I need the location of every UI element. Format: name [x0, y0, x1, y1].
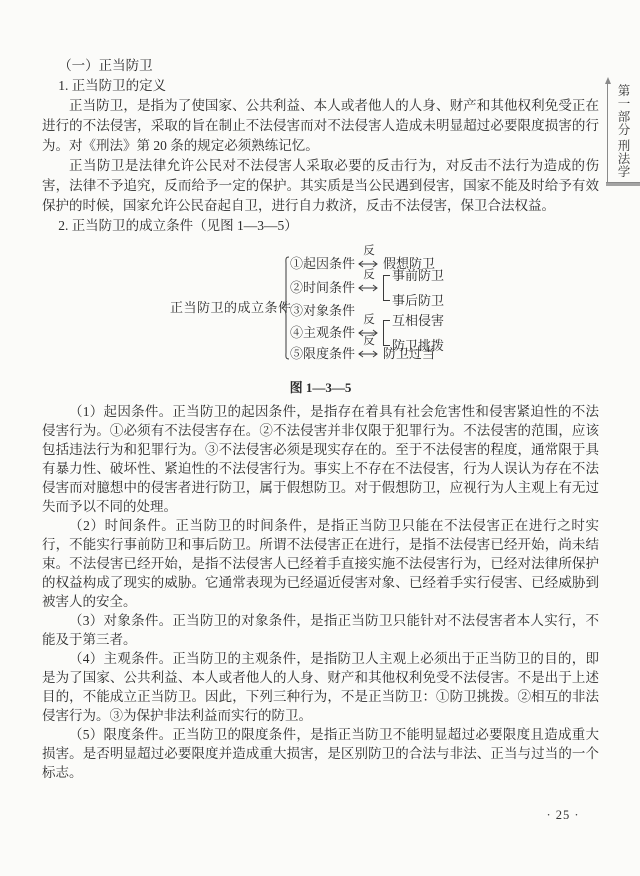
diagram-target-mutual-infringement: 互相侵害	[392, 314, 444, 328]
definition-paragraph-2: 正当防卫是法律允许公民对不法侵害人采取必要的反击行为，对反击不法行为造成的伤害，…	[42, 156, 599, 216]
bracket-icon	[383, 275, 390, 301]
brace-icon	[281, 256, 290, 360]
book-page: 第一部分 刑法学 （一）正当防卫 1. 正当防卫的定义 正当防卫，是指为了使国家…	[0, 0, 640, 876]
arrow-up-icon	[605, 77, 611, 84]
chapter-tab: 第一部分 刑法学	[606, 76, 640, 188]
main-text-column: （一）正当防卫 1. 正当防卫的定义 正当防卫，是指为了使国家、公共利益、本人或…	[42, 56, 599, 782]
definition-heading: 1. 正当防卫的定义	[42, 76, 599, 96]
diagram-item-object: ③对象条件	[290, 304, 355, 318]
bracket-icon	[383, 320, 390, 346]
diagram-item-time: ②时间条件	[290, 281, 355, 295]
diagram-root-label: 正当防卫的成立条件	[170, 301, 292, 315]
condition-paragraph-2: （2）时间条件。正当防卫的时间条件，是指正当防卫只能在不法侵害正在进行之时实行，…	[42, 516, 599, 611]
diagram-item-subjective: ④主观条件	[290, 326, 355, 340]
diagram-target-excessive-defense: 防卫过当	[383, 347, 435, 361]
diagram-item-cause: ①起因条件	[290, 257, 355, 271]
tab-bottom-rule	[606, 182, 640, 186]
conditions-text-block: （1）起因条件。正当防卫的起因条件，是指存在着具有社会危害性和侵害紧迫性的不法侵…	[42, 402, 599, 782]
conditions-heading: 2. 正当防卫的成立条件（见图 1—3—5）	[42, 216, 599, 236]
diagram-relation-label: 反	[359, 314, 379, 326]
figure-caption: 图 1—3—5	[42, 378, 599, 397]
diagram-relation-label: 反	[359, 269, 379, 281]
diagram-target-post-defense: 事后防卫	[392, 294, 444, 308]
conditions-diagram: 正当防卫的成立条件 ①起因条件 反 假想防卫 ②时间条件 反 事前防卫 事后防卫…	[42, 242, 599, 376]
double-arrow-icon	[357, 260, 379, 268]
section-heading: （一）正当防卫	[42, 56, 599, 76]
double-arrow-icon	[357, 284, 379, 292]
definition-paragraph-1: 正当防卫，是指为了使国家、公共利益、本人或者他人的人身、财产和其他权利免受正在进…	[42, 96, 599, 156]
diagram-relation-label: 反	[359, 335, 379, 347]
condition-paragraph-4: （4）主观条件。正当防卫的主观条件，是指防卫人主观上必须出于正当防卫的目的，即是…	[42, 649, 599, 725]
diagram-relation-label: 反	[359, 245, 379, 257]
condition-paragraph-5: （5）限度条件。正当防卫的限度条件，是指正当防卫不能明显超过必要限度且造成重大损…	[42, 725, 599, 782]
condition-paragraph-1: （1）起因条件。正当防卫的起因条件，是指存在着具有社会危害性和侵害紧迫性的不法侵…	[42, 402, 599, 516]
diagram-item-limit: ⑤限度条件	[290, 347, 355, 361]
double-arrow-icon	[357, 350, 379, 358]
diagram-target-pre-defense: 事前防卫	[392, 269, 444, 283]
part-label: 第一部分	[614, 84, 632, 136]
page-number: · 25 ·	[536, 808, 590, 823]
tab-rule-line	[607, 83, 608, 182]
subject-label: 刑法学	[614, 139, 632, 178]
condition-paragraph-3: （3）对象条件。正当防卫的对象条件，是指正当防卫只能针对不法侵害者本人实行，不能…	[42, 611, 599, 649]
